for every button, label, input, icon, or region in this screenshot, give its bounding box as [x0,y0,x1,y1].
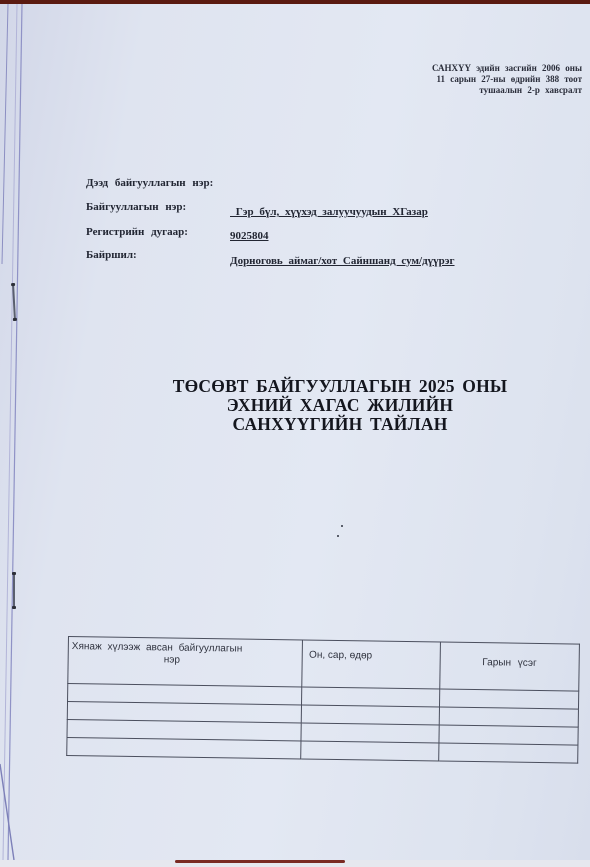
report-title-line-1: ТӨСӨВТ БАЙГУУЛЛАГЫН 2025 ОНЫ [170,377,510,396]
signature-cell[interactable] [439,725,579,745]
background-below-page [0,860,590,867]
location-label: Байршил: [86,249,137,261]
location-value: Дорноговь аймаг/хот Сайншанд сум/дүүрэг [230,255,455,267]
decree-line-1: САНХҮҮ эдийн засгийн 2006 оны [432,63,582,74]
background-object [175,860,345,863]
report-title-line-3: САНХҮҮГИЙН ТАЙЛАН [170,415,510,434]
decree-line-2: 11 сарын 27-ны өдрийн 388 тоот [432,74,582,85]
ink-speck [337,535,339,537]
header-signature: Гарын үсэг [439,642,579,691]
report-title-line-2: ЭХНИЙ ХАГАС ЖИЛИЙН [170,396,510,415]
org-name-label: Байгууллагын нэр: [86,201,186,213]
reviewing-org-cell[interactable] [67,737,302,758]
staple-top [12,283,16,321]
header-reviewing-org: Хянаж хүлээж авсан байгууллагын нэр [68,637,303,687]
date-cell[interactable] [301,741,439,761]
date-cell[interactable] [302,705,440,725]
review-table-header-row: Хянаж хүлээж авсан байгууллагын нэр Он, … [68,637,580,692]
document-page: САНХҮҮ эдийн засгийн 2006 оны 11 сарын 2… [0,4,590,860]
registry-number-label: Регистрийн дугаар: [86,226,188,238]
date-cell[interactable] [302,687,440,707]
report-title: ТӨСӨВТ БАЙГУУЛЛАГЫН 2025 ОНЫ ЭХНИЙ ХАГАС… [170,377,510,434]
staple-bottom [13,572,15,609]
review-table: Хянаж хүлээж авсан байгууллагын нэр Он, … [66,636,580,764]
signature-cell[interactable] [438,743,578,763]
decree-line-3: тушаалын 2-р хавсралт [432,85,582,96]
stacked-page-edges [0,4,30,860]
header-reviewing-org-line-2: нэр [72,653,302,668]
parent-org-label: Дээд байгууллагын нэр: [86,177,213,189]
header-reviewing-org-line-1: Хянаж хүлээж авсан байгууллагын [72,641,243,655]
org-name-value: Гэр бүл, хүүхэд залуучуудын ХГазар [230,206,428,218]
registry-number-value: 9025804 [230,230,269,242]
signature-cell[interactable] [439,707,579,727]
date-cell[interactable] [301,723,439,743]
ink-speck [341,525,343,527]
signature-cell[interactable] [439,689,579,709]
decree-reference: САНХҮҮ эдийн засгийн 2006 оны 11 сарын 2… [432,63,582,96]
header-date: Он, сар, өдөр [302,640,440,689]
